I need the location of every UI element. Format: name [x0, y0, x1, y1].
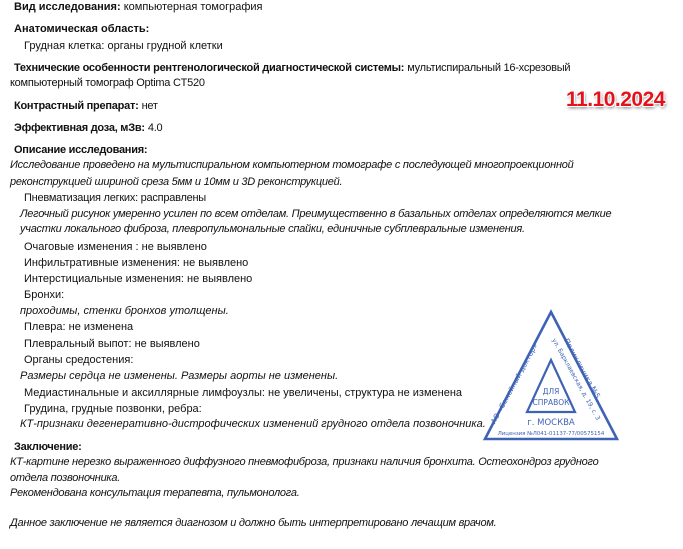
- mediastinum-value: Размеры сердца не изменены. Размеры аорт…: [20, 369, 338, 383]
- stamp-center-line1: ДЛЯ: [543, 387, 560, 396]
- anatomical-area-label: Анатомическая область:: [14, 22, 149, 36]
- bones-value: КТ-признаки дегенеративно-дистрофических…: [20, 417, 486, 431]
- conclusion-recommendation: Рекомендована консультация терапевта, пу…: [10, 486, 300, 500]
- lymph-nodes: Медиастинальные и аксиллярные лимфоузлы:…: [24, 386, 462, 400]
- date-stamp: 11.10.2024: [566, 88, 665, 112]
- stamp-city: г. МОСКВА: [527, 418, 575, 428]
- conclusion-line2: отдела позвоночника.: [10, 471, 120, 485]
- pleural-effusion: Плевральный выпот: не выявлено: [24, 337, 200, 351]
- lung-pattern-line2: участки локального фиброза, плевропульмо…: [20, 222, 525, 236]
- conclusion-line1: КТ-картине нерезко выраженного диффузног…: [10, 455, 598, 469]
- interstitial-changes: Интерстициальные изменения: не выявлено: [24, 272, 252, 286]
- stamp-license: Лицензия №Л041-01137-77/00575154: [498, 431, 605, 437]
- contrast-value: нет: [142, 100, 158, 112]
- description-label: Описание исследования:: [14, 143, 147, 157]
- contrast-label: Контрастный препарат:: [14, 100, 139, 112]
- conclusion-label: Заключение:: [14, 440, 82, 454]
- contrast-row: Контрастный препарат: нет: [14, 99, 158, 113]
- bones-label: Грудина, грудные позвонки, ребра:: [24, 402, 202, 416]
- stamp-center-line2: СПРАВОК: [533, 398, 571, 407]
- description-intro-line2: реконструкцией шириной среза 5мм и 10мм …: [10, 175, 342, 189]
- mediastinum-label: Органы средостения:: [24, 353, 133, 367]
- tech-label: Технические особенности рентгенологическ…: [14, 62, 404, 74]
- conclusion-disclaimer: Данное заключение не является диагнозом …: [10, 516, 496, 530]
- clinic-stamp: АО «Семейный доктор» Поликлиника №5 ул. …: [480, 308, 622, 444]
- bronchi-label: Бронхи:: [24, 288, 64, 302]
- focal-changes: Очаговые изменения : не выявлено: [24, 240, 207, 254]
- dose-row: Эффективная доза, мЗв: 4.0: [14, 121, 162, 135]
- dose-value: 4.0: [148, 122, 163, 134]
- anatomical-area-value: Грудная клетка: органы грудной клетки: [24, 39, 223, 53]
- pneumatization: Пневматизация легких: расправлены: [24, 191, 206, 205]
- dose-label: Эффективная доза, мЗв:: [14, 122, 145, 134]
- pleura: Плевра: не изменена: [24, 320, 133, 334]
- infiltrative-changes: Инфильтративные изменения: не выявлено: [24, 256, 248, 270]
- study-type-row: Вид исследования: компьютерная томографи…: [14, 0, 262, 14]
- lung-pattern-line1: Легочный рисунок умеренно усилен по всем…: [20, 207, 611, 221]
- bronchi-value: проходимы, стенки бронхов утолщены.: [20, 304, 229, 318]
- description-intro-line1: Исследование проведено на мультиспиральн…: [10, 158, 574, 172]
- tech-value-line1: мультиспиральный 16-хсрезовый: [407, 62, 570, 74]
- study-type-value: компьютерная томография: [124, 1, 263, 13]
- tech-value-line2: компьютерный томограф Optima CT520: [10, 76, 205, 90]
- study-type-label: Вид исследования:: [14, 1, 121, 13]
- tech-row: Технические особенности рентгенологическ…: [14, 61, 570, 75]
